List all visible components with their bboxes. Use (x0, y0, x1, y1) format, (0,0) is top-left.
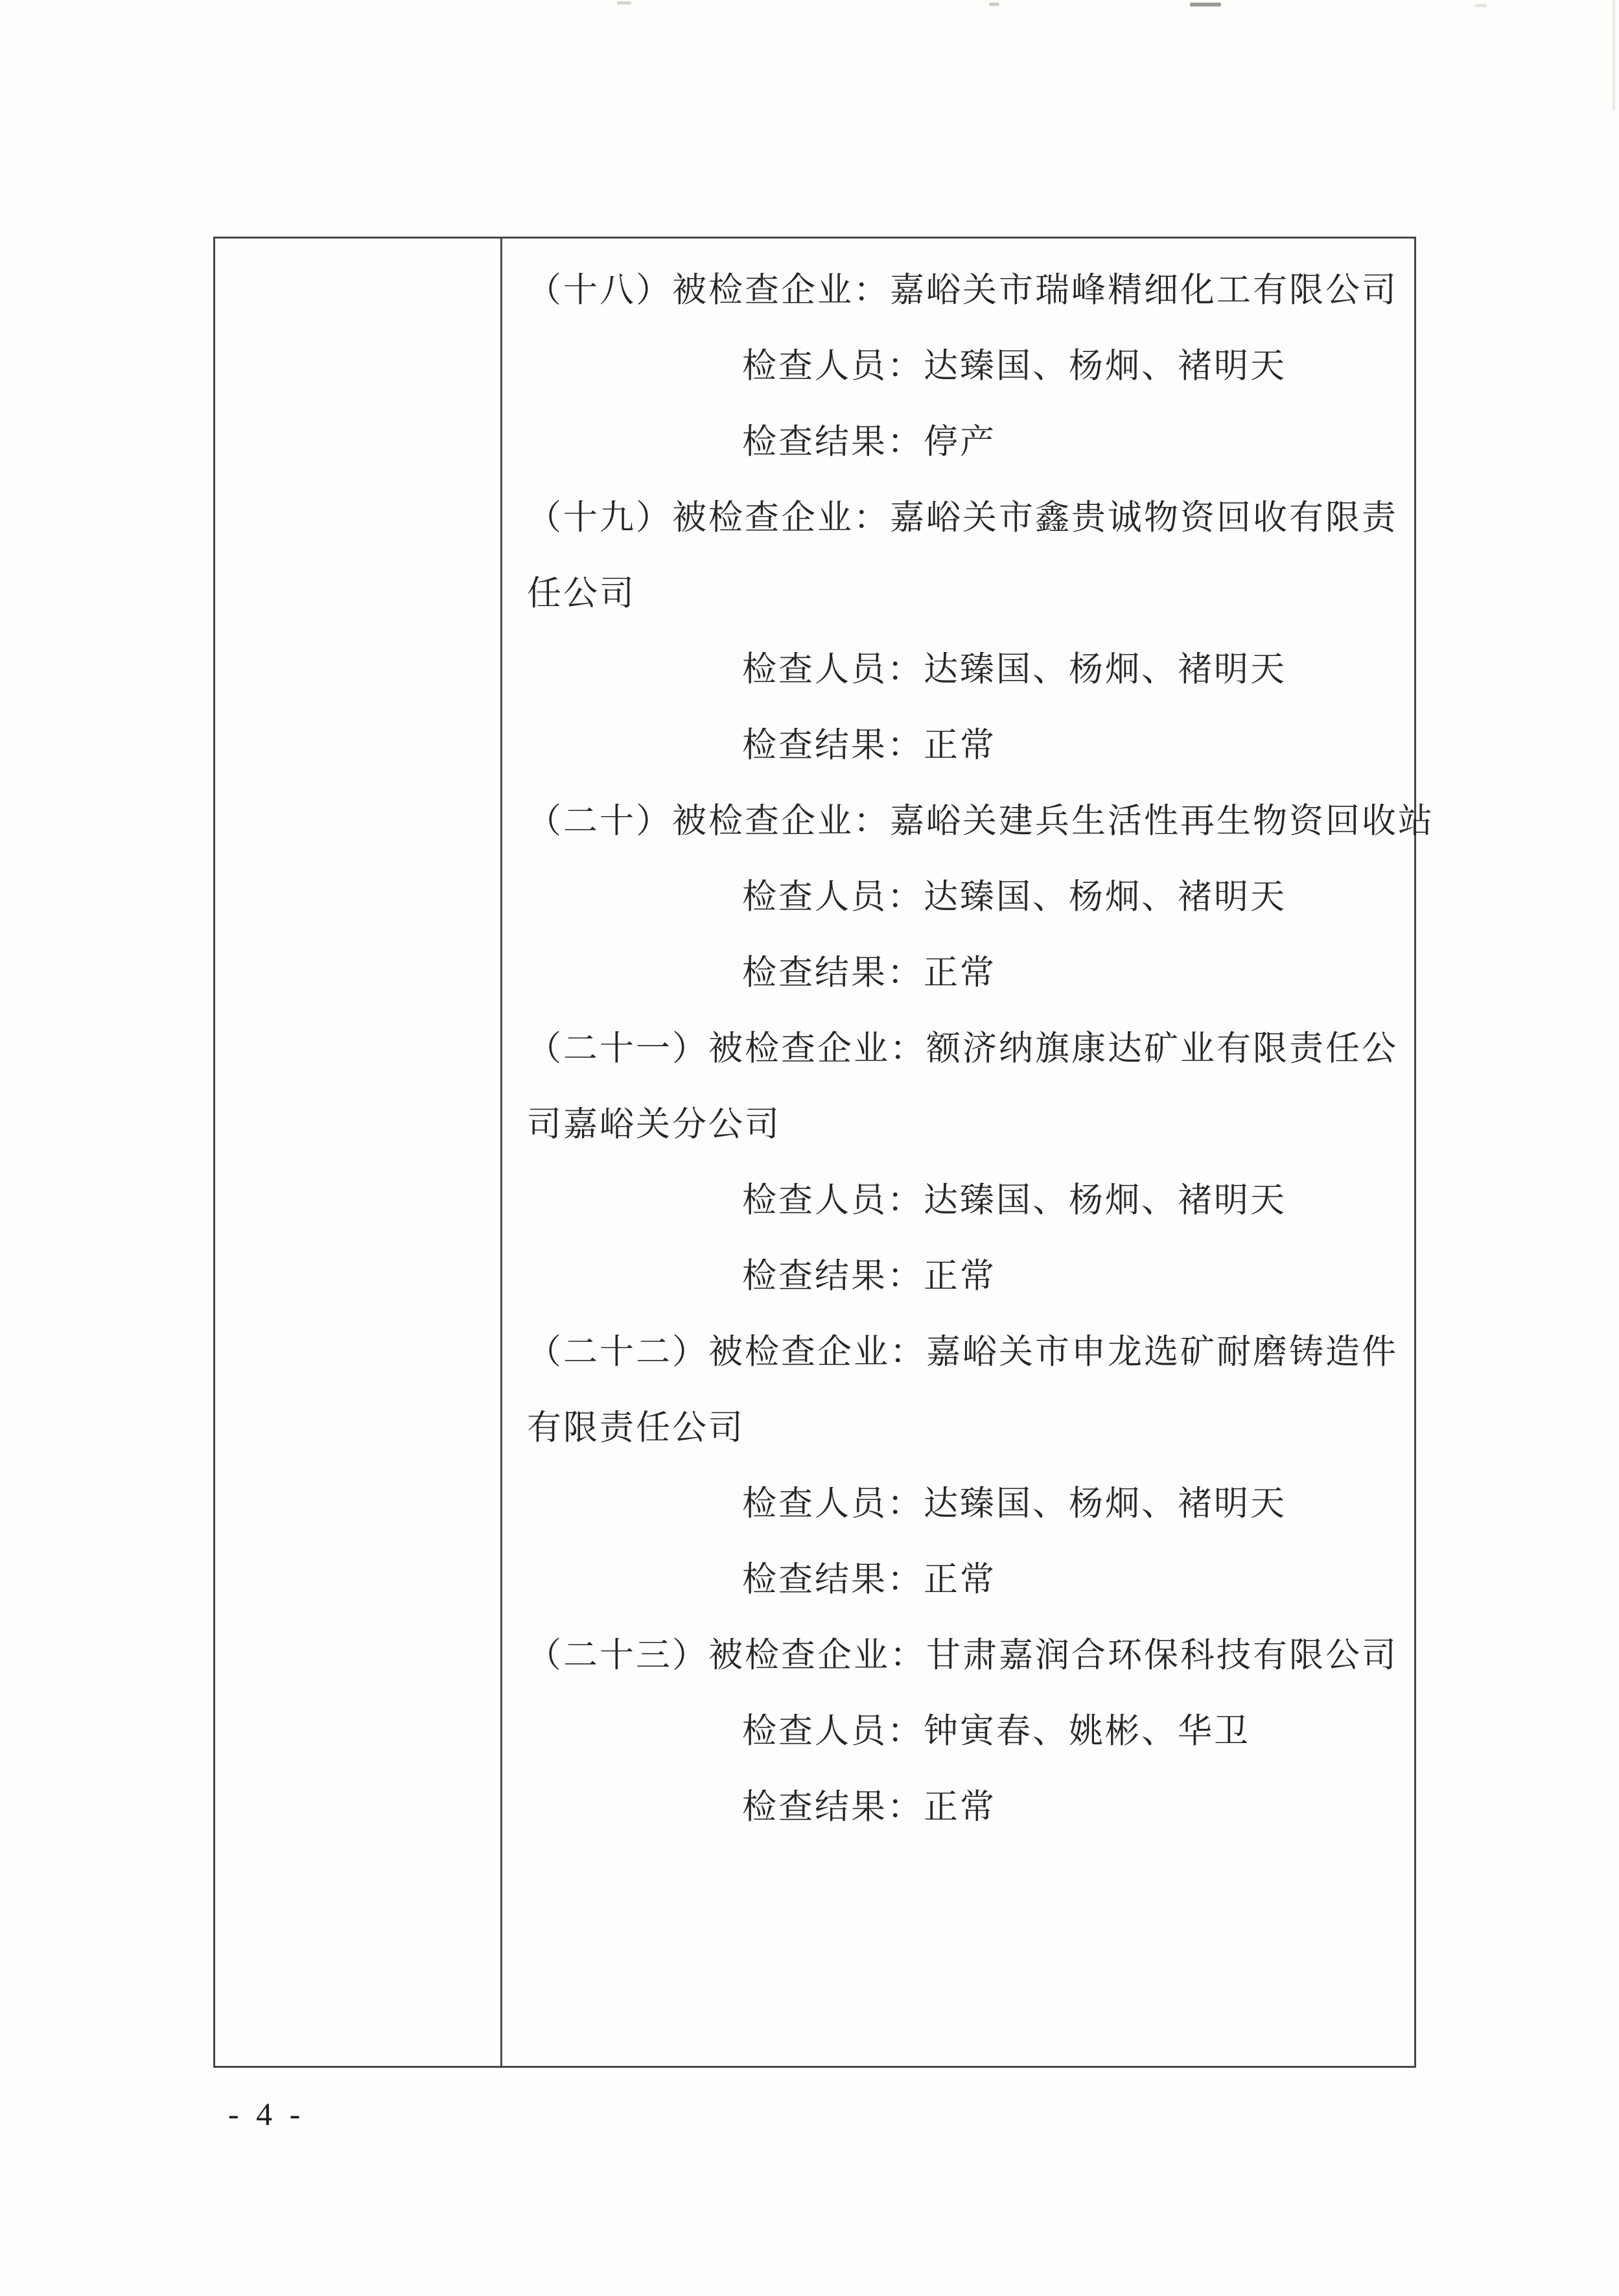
table-row: 检查人员：达臻国、杨炯、褚明天 (502, 860, 1414, 935)
table-row: 检查结果：正常 (502, 935, 1414, 1011)
table-row: 检查结果：正常 (502, 1239, 1414, 1315)
page-number: - 4 - (228, 2094, 305, 2134)
scan-artifact (1613, 0, 1615, 110)
table-row: 检查结果：正常 (502, 1770, 1414, 1845)
table-row: （二十）被检查企业：嘉峪关建兵生活性再生物资回收站 (502, 784, 1414, 860)
table-row: 司嘉峪关分公司 (502, 1087, 1414, 1163)
scan-artifact (1190, 3, 1221, 6)
table-row: （十九）被检查企业：嘉峪关市鑫贵诚物资回收有限责 (502, 480, 1414, 556)
scan-artifact (617, 1, 631, 5)
table-row: 检查人员：钟寅春、姚彬、华卫 (502, 1694, 1414, 1770)
table-row: 检查人员：达臻国、杨炯、褚明天 (502, 1466, 1414, 1542)
table-row: 检查结果：停产 (502, 404, 1414, 480)
table-row: （二十二）被检查企业：嘉峪关市申龙选矿耐磨铸造件 (502, 1315, 1414, 1390)
table-row: 检查人员：达臻国、杨炯、褚明天 (502, 1163, 1414, 1239)
table-left-column (215, 239, 500, 2066)
table-row: （二十三）被检查企业：甘肃嘉润合环保科技有限公司 (502, 1618, 1414, 1694)
table-row: 有限责任公司 (502, 1390, 1414, 1466)
table-row: （十八）被检查企业：嘉峪关市瑞峰精细化工有限公司 (502, 253, 1414, 329)
table-row: 检查结果：正常 (502, 1542, 1414, 1618)
table-row: （二十一）被检查企业：额济纳旗康达矿业有限责任公 (502, 1011, 1414, 1087)
scan-artifact (989, 3, 999, 6)
inspection-record-table: （十八）被检查企业：嘉峪关市瑞峰精细化工有限公司 检查人员：达臻国、杨炯、褚明天… (213, 237, 1416, 2068)
scan-artifact (1475, 4, 1487, 7)
table-row: 检查人员：达臻国、杨炯、褚明天 (502, 329, 1414, 404)
table-row: 检查结果：正常 (502, 708, 1414, 784)
table-right-column: （十八）被检查企业：嘉峪关市瑞峰精细化工有限公司 检查人员：达臻国、杨炯、褚明天… (502, 253, 1414, 1845)
table-row: 任公司 (502, 556, 1414, 632)
scanned-document-page: （十八）被检查企业：嘉峪关市瑞峰精细化工有限公司 检查人员：达臻国、杨炯、褚明天… (0, 0, 1619, 2296)
table-row: 检查人员：达臻国、杨炯、褚明天 (502, 632, 1414, 708)
